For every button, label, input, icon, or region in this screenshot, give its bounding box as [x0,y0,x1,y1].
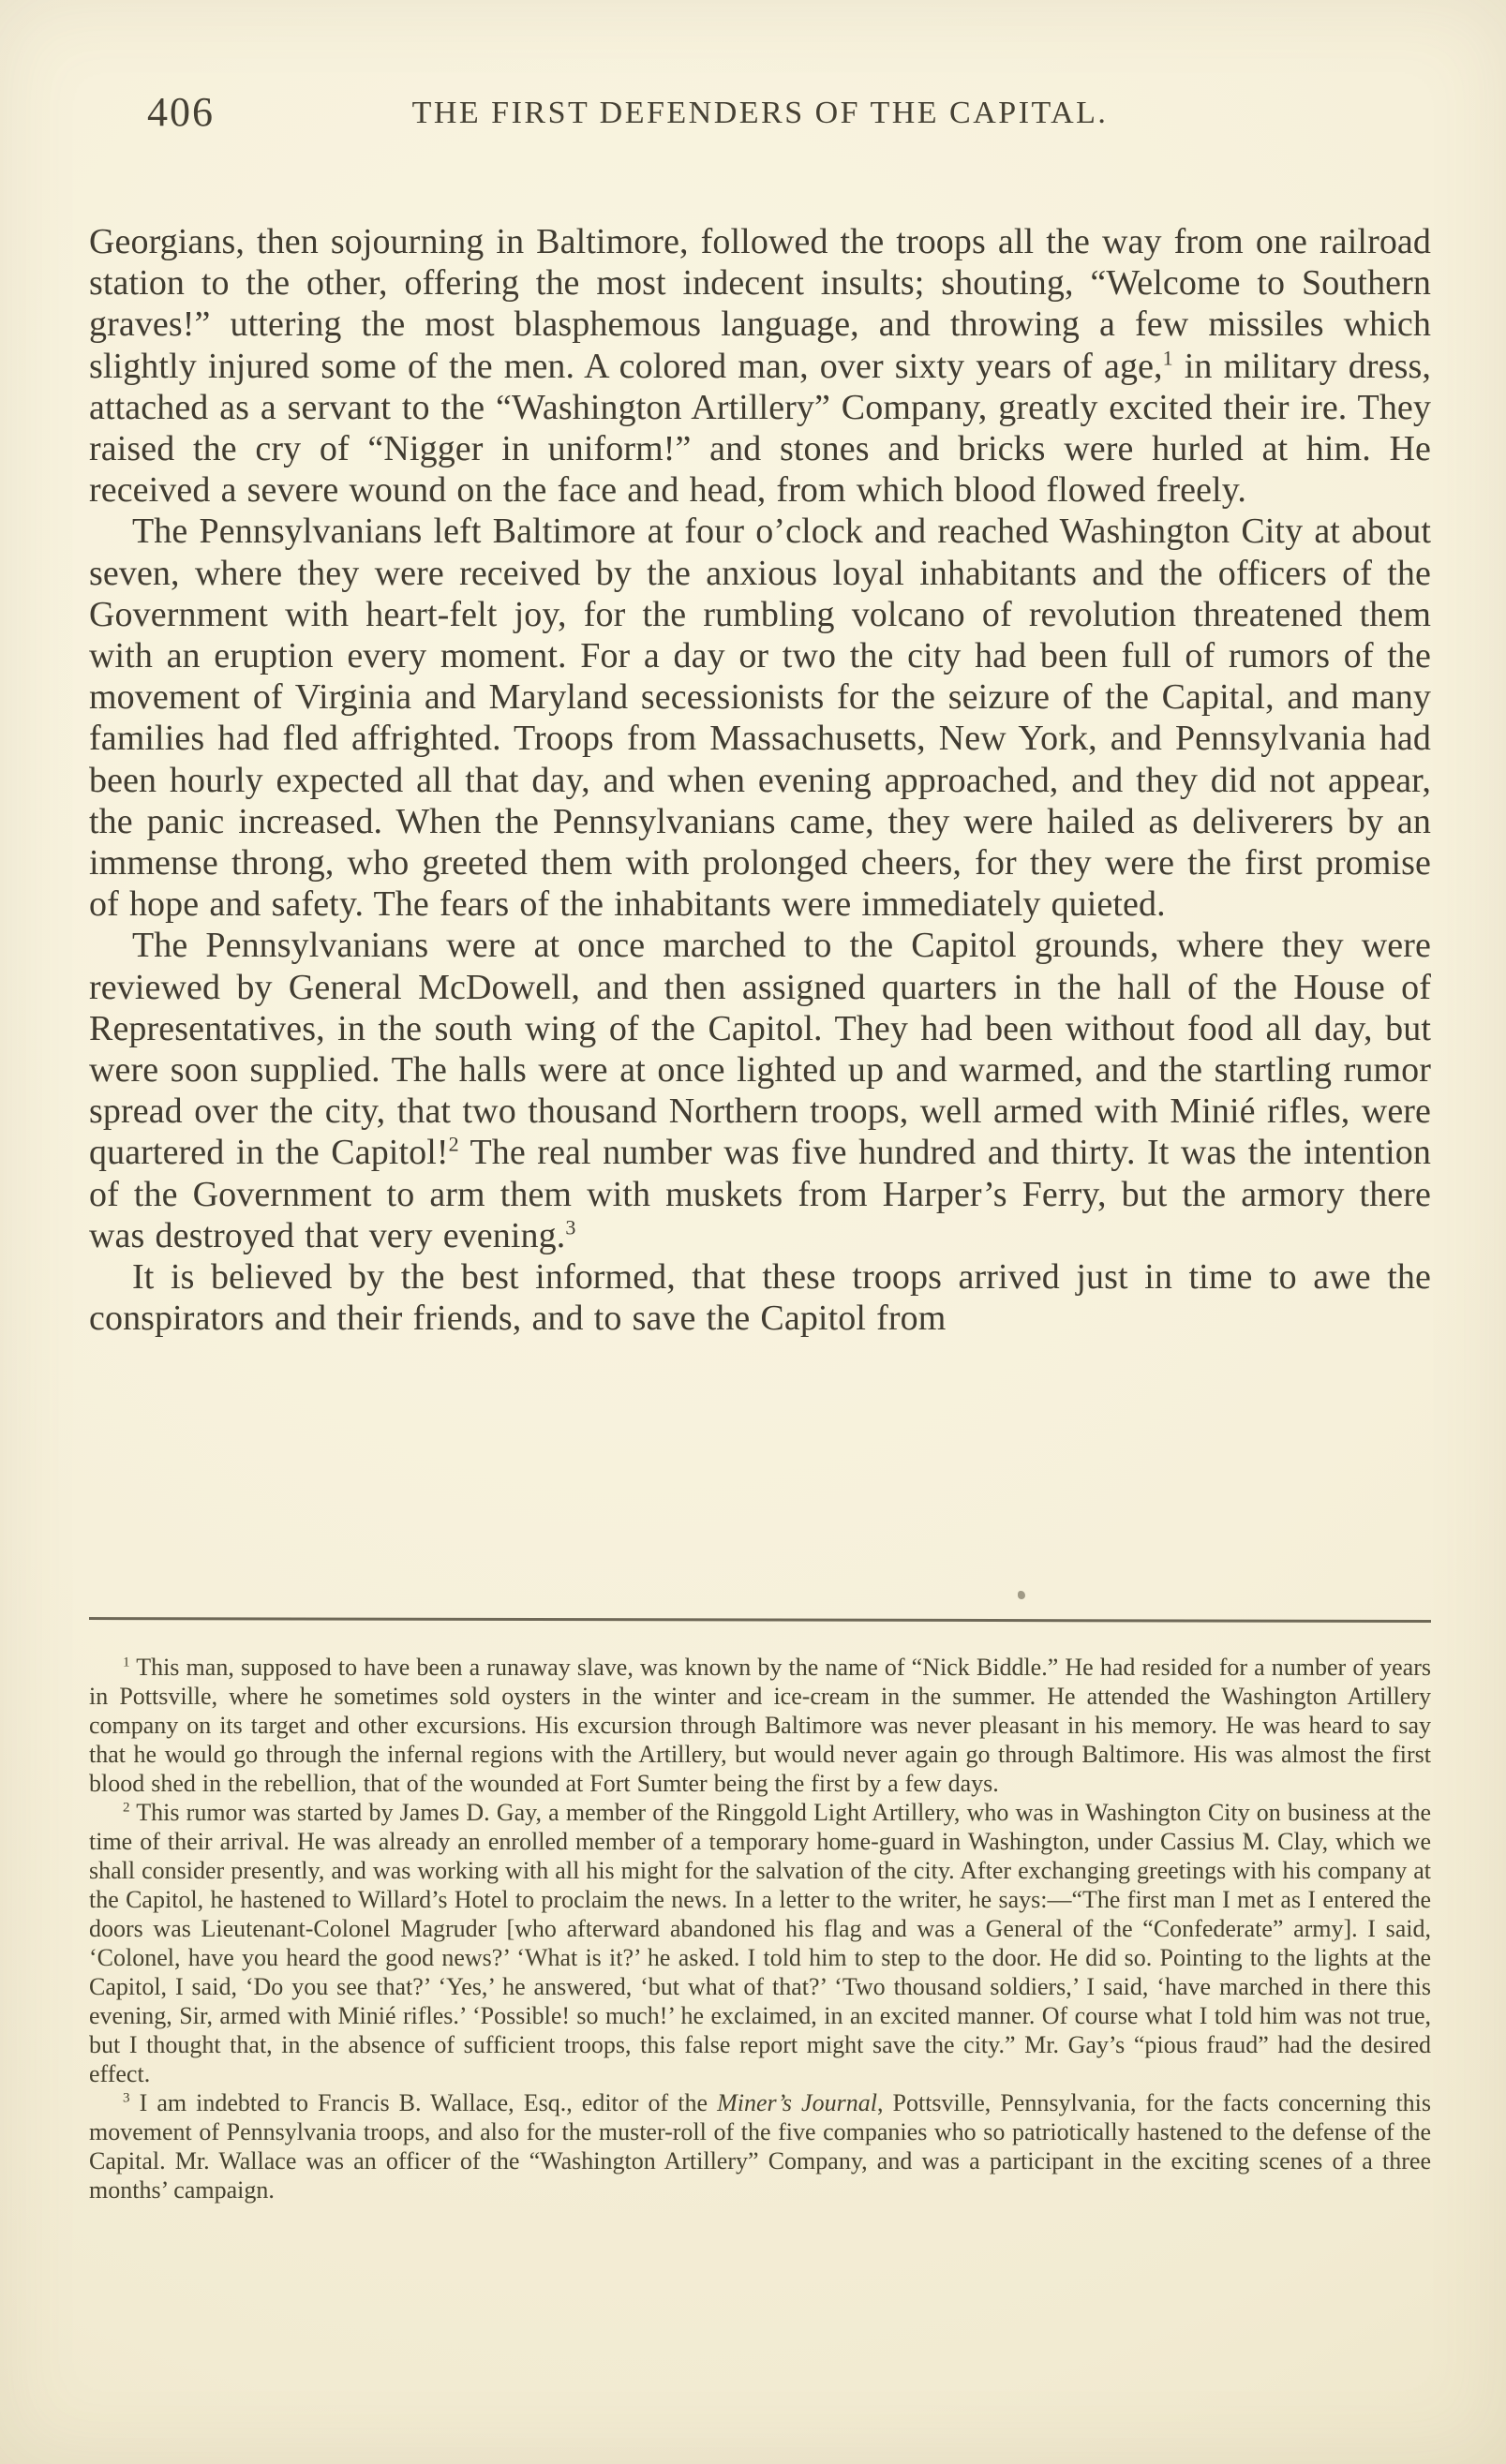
footnote-ref: 2 [123,1800,130,1815]
footnote-ref: 3 [565,1215,575,1239]
body-paragraph: The Pennsylvanians left Baltimore at fou… [89,511,1431,925]
body-text: Georgians, then sojourning in Baltimore,… [89,221,1431,1339]
page-header: 406 THE FIRST DEFENDERS OF THE CAPITAL. [89,90,1431,142]
italic-text: Miner’s Journal [717,2089,877,2116]
body-paragraph: Georgians, then sojourning in Baltimore,… [89,221,1431,511]
body-paragraph: The Pennsylvanians were at once marched … [89,925,1431,1256]
footnote: 1 This man, supposed to have been a runa… [89,1653,1431,1798]
footnote: 2 This rumor was started by James D. Gay… [89,1798,1431,2088]
book-page: 406 THE FIRST DEFENDERS OF THE CAPITAL. … [0,0,1506,2464]
footnote-ref: 1 [123,1655,130,1670]
running-title: THE FIRST DEFENDERS OF THE CAPITAL. [89,96,1431,131]
ink-speck [1018,1591,1025,1599]
footnote-ref: 1 [1163,346,1173,369]
footnote: 3 I am indebted to Francis B. Wallace, E… [89,2088,1431,2204]
footnote-ref: 3 [123,2090,130,2105]
body-paragraph: It is believed by the best informed, tha… [89,1256,1431,1339]
footnotes: 1 This man, supposed to have been a runa… [89,1653,1431,2204]
footnote-ref: 2 [449,1133,459,1156]
footnote-divider [89,1617,1431,1623]
